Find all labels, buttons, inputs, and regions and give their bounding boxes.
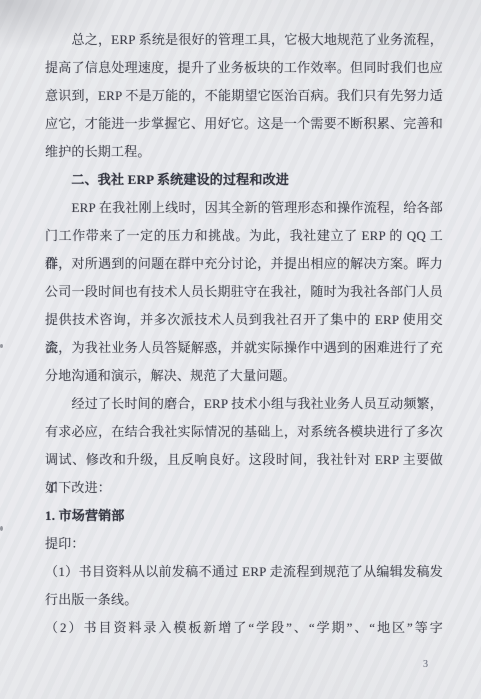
body-line: 维护的长期工程。 — [45, 138, 443, 166]
body-line: 经过了长时间的磨合，ERP 技术小组与我社业务人员互动频繁， — [45, 390, 443, 418]
body-line: 会，为我社业务人员答疑解惑，并就实际操作中遇到的困难进行了充 — [45, 334, 443, 362]
body-line: 意识到，ERP 不是万能的，不能期望它医治百病。我们只有先努力适 — [45, 82, 443, 110]
body-line: 有求必应，在结合我社实际情况的基础上，对系统各模块进行了多次 — [45, 418, 443, 446]
scan-speck — [0, 526, 3, 531]
page-number: 3 — [423, 659, 428, 670]
body-line: （2）书目资料录入模板新增了“学段”、“学期”、“地区”等字 — [45, 614, 443, 642]
section-heading: 二、我社 ERP 系统建设的过程和改进 — [45, 166, 443, 194]
body-line: 提高了信息处理速度，提升了业务板块的工作效率。但同时我们也应 — [45, 54, 443, 82]
body-line: 行出版一条线。 — [45, 586, 443, 614]
body-line: 调试、修改和升级，且反响良好。这段时间，我社针对 ERP 主要做了 — [45, 446, 443, 474]
body-line: 应它，才能进一步掌握它、用好它。这是一个需要不断积累、完善和 — [45, 110, 443, 138]
body-line: （1）书目资料从以前发稿不通过 ERP 走流程到规范了从编辑发稿发 — [45, 558, 443, 586]
body-line: 门工作带来了一定的压力和挑战。为此，我社建立了 ERP 的 QQ 工作 — [45, 222, 443, 250]
body-line: 分地沟通和演示，解决、规范了大量问题。 — [45, 362, 443, 390]
body-line: 提印： — [45, 530, 443, 558]
body-line: 群，对所遇到的问题在群中充分讨论，并提出相应的解决方案。晖力 — [45, 250, 443, 278]
document-text: 总之，ERP 系统是很好的管理工具，它极大地规范了业务流程， 提高了信息处理速度… — [45, 26, 443, 642]
body-line: 如下改进： — [45, 474, 443, 502]
body-line: 公司一段时间也有技术人员长期驻守在我社，随时为我社各部门人员 — [45, 278, 443, 306]
subsection-heading: 1. 市场营销部 — [45, 502, 443, 530]
body-line: 总之，ERP 系统是很好的管理工具，它极大地规范了业务流程， — [45, 26, 443, 54]
scan-speck — [0, 344, 3, 348]
scanned-page: 总之，ERP 系统是很好的管理工具，它极大地规范了业务流程， 提高了信息处理速度… — [0, 0, 481, 699]
body-line: ERP 在我社刚上线时，因其全新的管理形态和操作流程，给各部 — [45, 194, 443, 222]
body-line: 提供技术咨询，并多次派技术人员到我社召开了集中的 ERP 使用交流 — [45, 306, 443, 334]
